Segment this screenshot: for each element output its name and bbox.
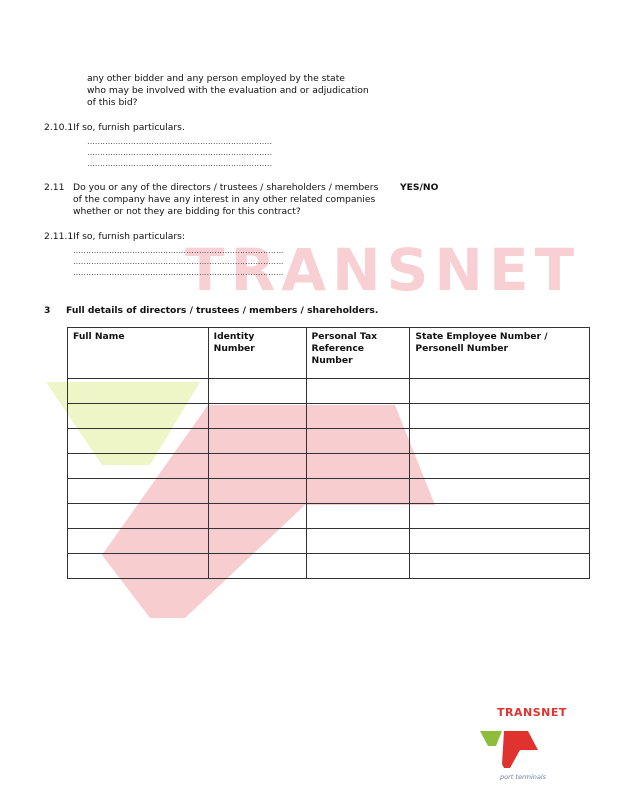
- cell-full-name[interactable]: [68, 504, 209, 529]
- cell-employee-number[interactable]: [410, 479, 590, 504]
- dotted-answer-line[interactable]: ………………………………………………………………: [87, 158, 287, 169]
- section-2-11-1-heading: 2.11.1If so, furnish particulars:: [44, 231, 185, 243]
- cell-identity-number[interactable]: [208, 554, 306, 579]
- text-line: any other bidder and any person employed…: [87, 73, 369, 85]
- cell-identity-number[interactable]: [208, 404, 306, 429]
- cell-tax-reference[interactable]: [306, 404, 410, 429]
- cell-full-name[interactable]: [68, 404, 209, 429]
- section-3-title: Full details of directors / trustees / m…: [66, 305, 378, 317]
- cell-full-name[interactable]: [68, 529, 209, 554]
- dotted-answer-line[interactable]: ……………………………………………………………………….: [73, 245, 318, 256]
- table-row: [68, 454, 590, 479]
- section-2-11-question: Do you or any of the directors / trustee…: [73, 182, 378, 218]
- transnet-port-terminals-logo: TRANSNET port terminals: [480, 700, 580, 785]
- cell-full-name[interactable]: [68, 554, 209, 579]
- dotted-answer-line[interactable]: ……………………………………………………………………….: [73, 256, 318, 267]
- cell-tax-reference[interactable]: [306, 454, 410, 479]
- cell-employee-number[interactable]: [410, 379, 590, 404]
- cell-employee-number[interactable]: [410, 554, 590, 579]
- logo-brand-text: TRANSNET: [497, 706, 567, 719]
- table-row: [68, 429, 590, 454]
- directors-details-table: Full Name IdentityNumber Personal TaxRef…: [67, 327, 590, 579]
- cell-identity-number[interactable]: [208, 454, 306, 479]
- table-header-row: Full Name IdentityNumber Personal TaxRef…: [68, 328, 590, 379]
- dotted-answer-line[interactable]: ……………………………………………………………………….: [73, 267, 318, 278]
- yes-no-answer[interactable]: YES/NO: [400, 182, 438, 194]
- section-number: 2.11.1: [44, 231, 73, 242]
- section-2-11-1-answer-lines[interactable]: ………………………………………………………………………. ………………………………: [73, 245, 318, 278]
- text-line: of the company have any interest in any …: [73, 194, 378, 206]
- logo-subtitle: port terminals: [500, 773, 546, 781]
- text-line: Do you or any of the directors / trustee…: [73, 182, 378, 194]
- cell-tax-reference[interactable]: [306, 379, 410, 404]
- section-number: 2.10.1: [44, 122, 73, 133]
- table-row: [68, 529, 590, 554]
- dotted-answer-line[interactable]: ………………………………………………………………: [87, 147, 287, 158]
- cell-full-name[interactable]: [68, 479, 209, 504]
- cell-tax-reference[interactable]: [306, 529, 410, 554]
- text-line: whether or not they are bidding for this…: [73, 206, 378, 218]
- cell-tax-reference[interactable]: [306, 429, 410, 454]
- section-3-number: 3: [44, 305, 50, 317]
- cell-identity-number[interactable]: [208, 529, 306, 554]
- section-label: If so, furnish particulars.: [73, 122, 185, 133]
- cell-employee-number[interactable]: [410, 429, 590, 454]
- text-line: of this bid?: [87, 97, 369, 109]
- table-row: [68, 504, 590, 529]
- cell-employee-number[interactable]: [410, 504, 590, 529]
- table-row: [68, 379, 590, 404]
- cell-employee-number[interactable]: [410, 454, 590, 479]
- header-state-employee-number: State Employee Number /Personell Number: [410, 328, 590, 379]
- cell-identity-number[interactable]: [208, 379, 306, 404]
- header-identity-number: IdentityNumber: [208, 328, 306, 379]
- section-label: If so, furnish particulars:: [73, 231, 185, 242]
- text-line: who may be involved with the evaluation …: [87, 85, 369, 97]
- cell-identity-number[interactable]: [208, 479, 306, 504]
- cell-identity-number[interactable]: [208, 504, 306, 529]
- cell-identity-number[interactable]: [208, 429, 306, 454]
- dotted-answer-line[interactable]: ………………………………………………………………: [87, 136, 287, 147]
- section-2-10-1-answer-lines[interactable]: ……………………………………………………………… …………………………………………: [87, 136, 287, 169]
- table-row: [68, 404, 590, 429]
- table-row: [68, 479, 590, 504]
- section-2-10-1-heading: 2.10.1If so, furnish particulars.: [44, 122, 185, 134]
- cell-tax-reference[interactable]: [306, 554, 410, 579]
- cell-tax-reference[interactable]: [306, 479, 410, 504]
- cell-employee-number[interactable]: [410, 404, 590, 429]
- cell-tax-reference[interactable]: [306, 504, 410, 529]
- cell-full-name[interactable]: [68, 429, 209, 454]
- table-row: [68, 554, 590, 579]
- cell-employee-number[interactable]: [410, 529, 590, 554]
- section-2-11-number: 2.11: [44, 182, 64, 194]
- section-2-10-continuation: any other bidder and any person employed…: [87, 73, 369, 109]
- header-personal-tax-reference: Personal TaxReferenceNumber: [306, 328, 410, 379]
- header-full-name: Full Name: [68, 328, 209, 379]
- cell-full-name[interactable]: [68, 379, 209, 404]
- cell-full-name[interactable]: [68, 454, 209, 479]
